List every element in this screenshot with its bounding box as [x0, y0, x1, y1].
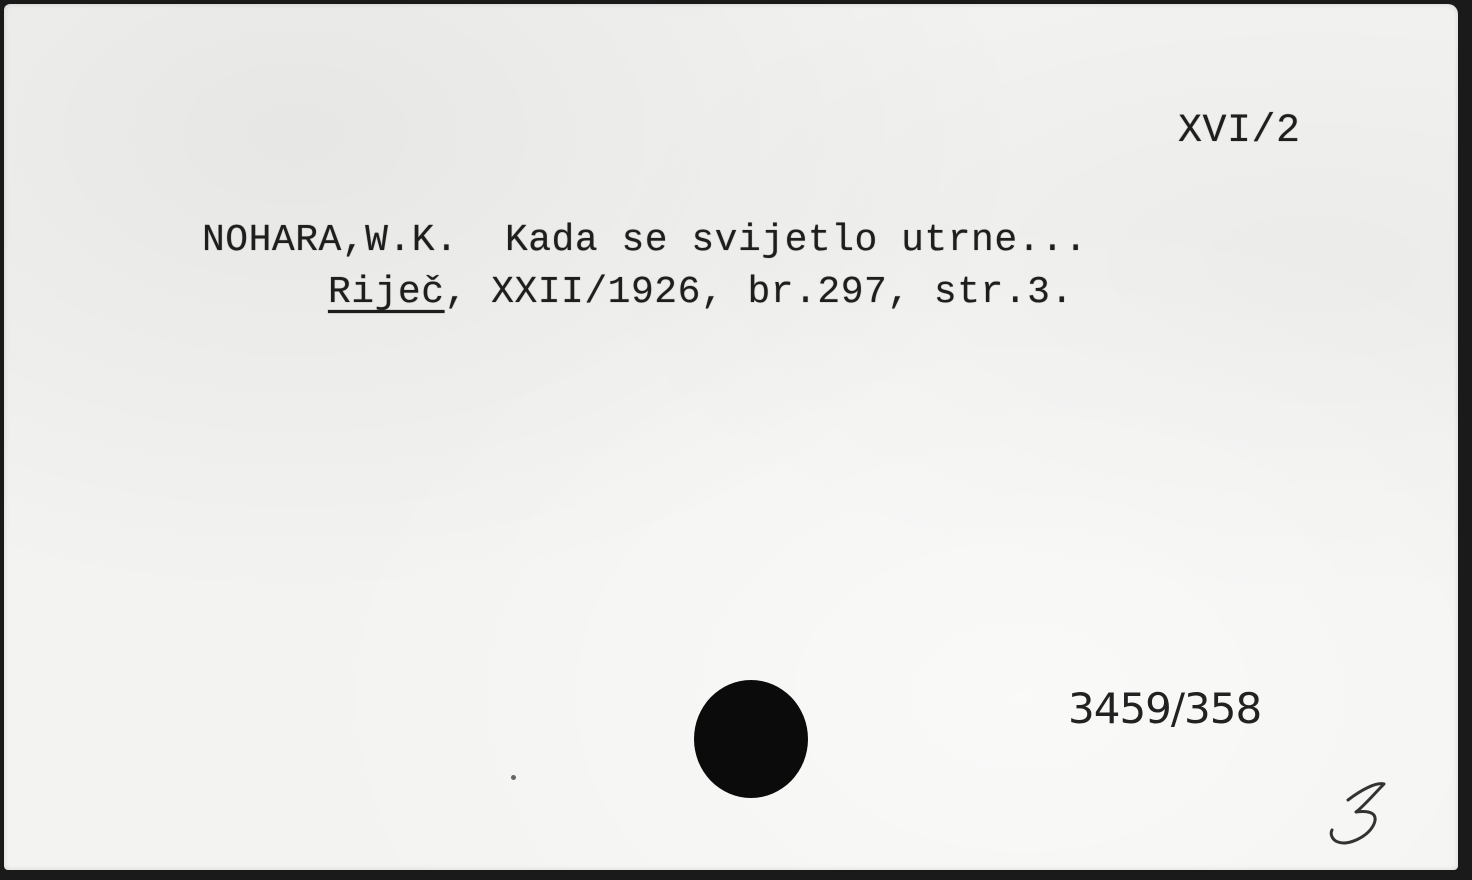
citation-details: , XXII/1926, br.297, str.3.: [445, 271, 1074, 314]
author: NOHARA,W.K.: [202, 219, 458, 262]
accession-number: 3459/358: [1068, 688, 1261, 730]
entry-line-2: Riječ, XXII/1926, br.297, str.3.: [328, 274, 1074, 312]
publication-title: Riječ: [328, 271, 445, 314]
handwritten-number-icon: [1326, 772, 1396, 852]
ink-speck: [511, 775, 516, 780]
punch-hole-icon: [694, 680, 808, 798]
catalog-card: XVI/2 NOHARA,W.K. Kada se svijetlo utrne…: [4, 4, 1458, 870]
classmark: XVI/2: [1178, 112, 1301, 152]
entry-line-1: NOHARA,W.K. Kada se svijetlo utrne...: [202, 222, 1088, 260]
work-title: Kada se svijetlo utrne...: [505, 219, 1088, 262]
